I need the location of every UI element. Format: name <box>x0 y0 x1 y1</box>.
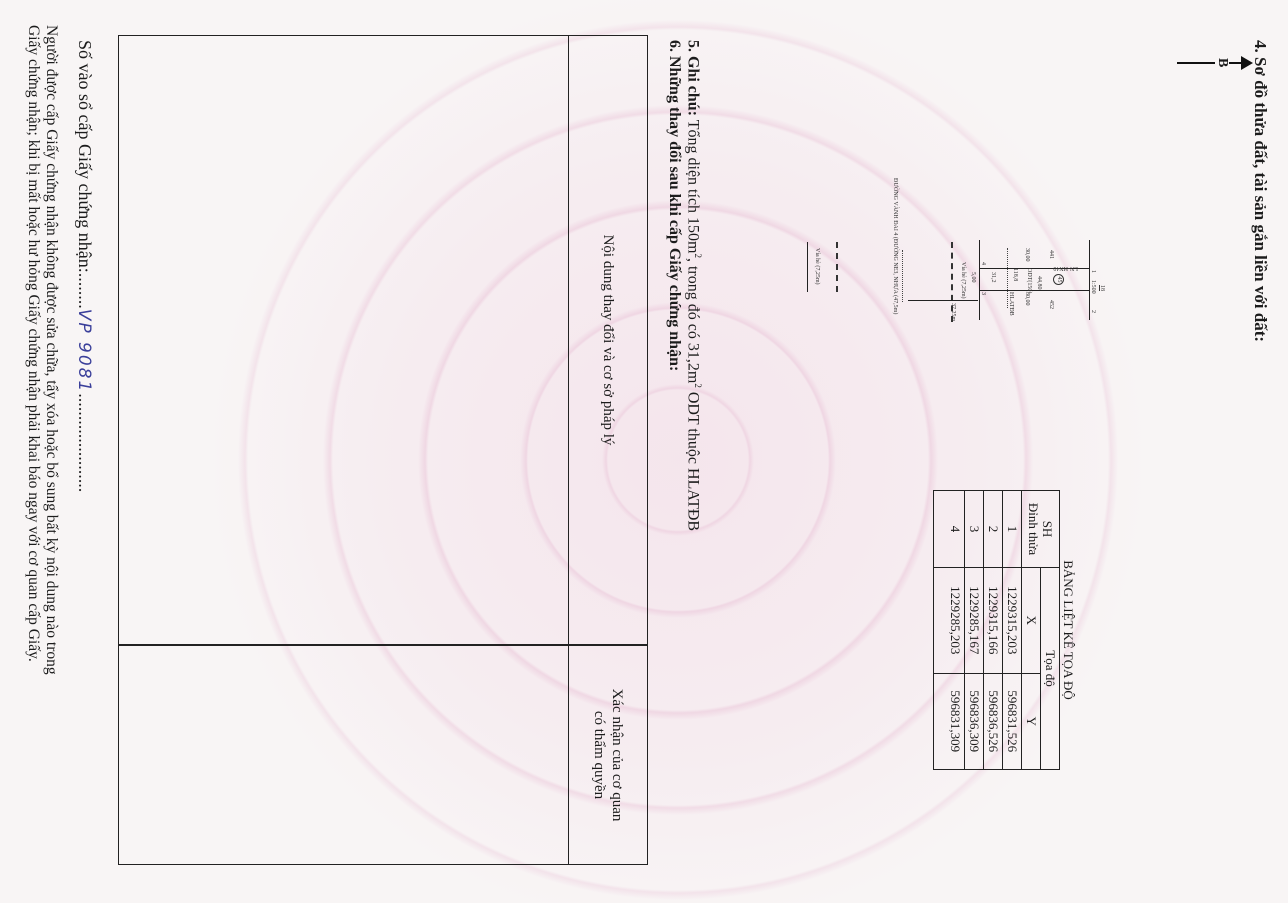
road-name: ĐƯỜNG VÀNH ĐAI 4 (ĐƯỜNG NE3, NHỰA (47,5m… <box>892 178 898 314</box>
corner-2-label: 2 <box>1090 310 1096 313</box>
hlat-label: HLATĐB <box>1008 292 1014 316</box>
changes-header-confirm: Xác nhận của cơ quan có thẩm quyền <box>569 646 647 864</box>
land-code: LN-HN40 <box>1053 265 1078 271</box>
corner-3-label: 3 <box>980 292 986 295</box>
registry-handwritten-value: VP 9081 <box>74 309 94 394</box>
hlat-area: 118,8 <box>1012 268 1018 281</box>
sidewalk-1-label: Vỉa hè (7,25m) <box>960 262 966 299</box>
registry-number: Số vào sổ cấp Giấy chứng nhận:........VP… <box>74 40 95 492</box>
corner-4-label: 4 <box>980 262 986 265</box>
north-arrow: B <box>1173 50 1253 76</box>
odt-area: 31,2 <box>990 272 996 283</box>
table-row: 4 1229285,203 596831,309 <box>934 491 965 770</box>
length-bottom: 30,00 <box>1024 292 1030 306</box>
front-width: 5,00 <box>970 272 976 283</box>
plot-sketch: 18 1:500 2 1 LN-HN40 45 44,80 ODT(150) 4… <box>758 150 1138 350</box>
coord-table-title: BẢNG LIỆT KÊ TỌA ĐỘ <box>1060 500 1076 760</box>
section-6-title: 6. Những thay đổi sau khi cấp Giấy chứng… <box>665 40 683 371</box>
length-top: 30,00 <box>1024 248 1030 262</box>
changes-header-content: Nội dung thay đổi và cơ sở pháp lý <box>569 36 647 644</box>
parcel-area: 44,80 <box>1036 276 1042 290</box>
parcel-id: 45 <box>1053 274 1064 285</box>
odt-label: ODT(150) <box>1026 268 1032 293</box>
sidewalk-2-label: Vỉa hè (7,25m) <box>814 248 820 285</box>
road-distance: 37,25m <box>950 303 956 321</box>
corner-1-label: 1 <box>1090 270 1096 273</box>
changes-table: Nội dung thay đổi và cơ sở pháp lý Xác n… <box>118 35 648 865</box>
north-label: B <box>1215 58 1229 67</box>
coord-header-y: Y <box>1022 673 1041 769</box>
coord-header-x: X <box>1022 568 1041 674</box>
neighbor-left: 441 <box>1048 250 1054 259</box>
section-4-title: 4. Sơ đồ thửa đất, tài sản gắn liền với … <box>1250 40 1270 342</box>
coord-header-coord: Tọa độ <box>1041 568 1060 770</box>
table-row: 3 1229285,167 596836,309 <box>965 491 984 770</box>
table-row: 1 1229315,203 596831,526 <box>1003 491 1022 770</box>
table-row: 2 1229315,166 596836,526 <box>984 491 1003 770</box>
coord-header-vertex: SH Đỉnh thửa <box>1022 491 1060 568</box>
sheet-number: 18 <box>1099 285 1105 291</box>
warning-text: Người được cấp Giấy chứng nhận không đượ… <box>24 25 60 865</box>
sketch-scale: 1:500 <box>1090 280 1096 294</box>
coord-table: SH Đỉnh thửa Tọa độ X Y 1 1229315,203 59… <box>933 490 1060 770</box>
section-5-note: 5. Ghi chú: Tổng diện tích 150m2, trong … <box>684 40 703 531</box>
certificate-page: 4. Sơ đồ thửa đất, tài sản gắn liền với … <box>0 0 1288 903</box>
neighbor-right: 452 <box>1048 300 1054 309</box>
